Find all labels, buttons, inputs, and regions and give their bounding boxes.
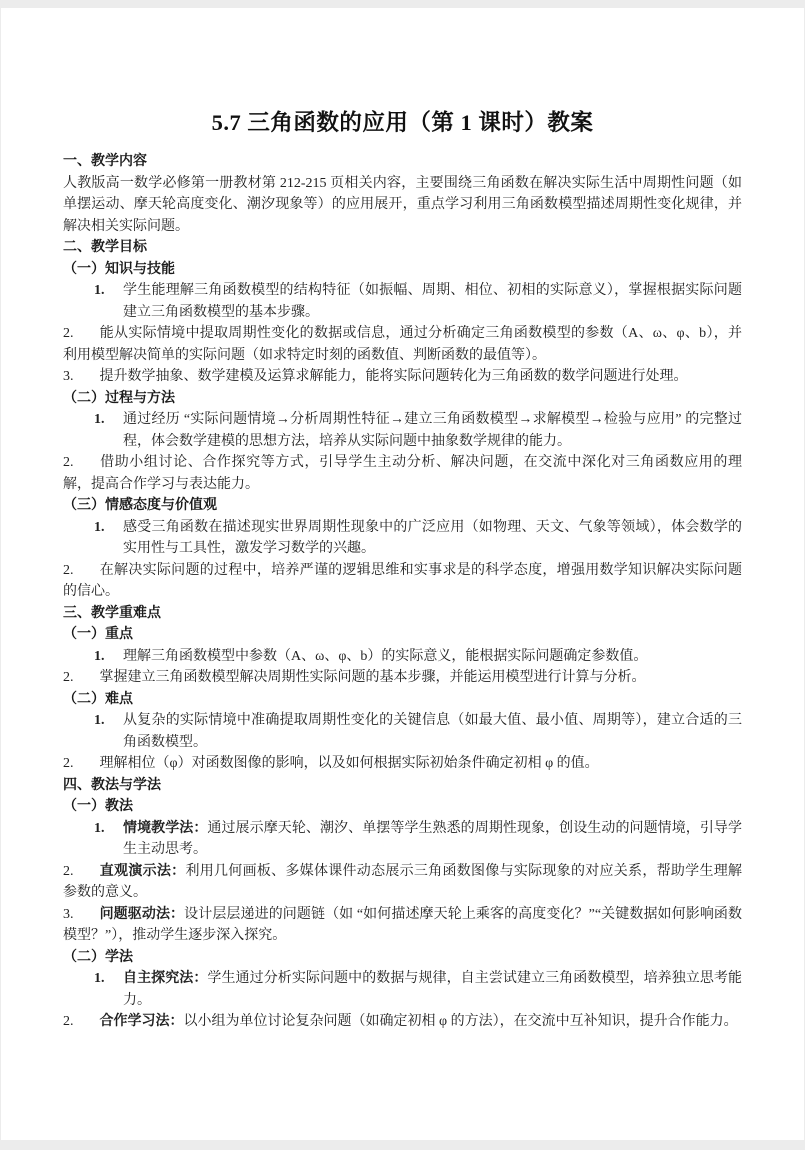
paragraph-text: （二）难点	[63, 692, 133, 707]
paragraph-text: 三、教学重难点	[63, 606, 161, 621]
paragraph-text: 借助小组讨论、合作探究等方式，引导学生主动分析、解决问题，在交流中深化对三角函数…	[63, 455, 742, 492]
paragraph-text: （一）重点	[63, 627, 133, 642]
numbered-item: 1.情境教学法：通过展示摩天轮、潮汐、单摆等学生熟悉的周期性现象，创设生动的问题…	[63, 818, 742, 861]
major-heading: 二、教学目标	[63, 237, 742, 259]
list-number: 2.	[63, 670, 100, 685]
body-paragraph: 人教版高一数学必修第一册教材第 212-215 页相关内容，主要围绕三角函数在解…	[63, 173, 742, 238]
document-content: 5.7 三角函数的应用（第 1 课时）教案 一、教学内容人教版高一数学必修第一册…	[1, 8, 804, 1033]
list-number: 1.	[94, 517, 105, 539]
bold-term: 情境教学法：	[123, 821, 207, 836]
paragraph-text: （二）学法	[63, 950, 133, 965]
numbered-item: 2.能从实际情境中提取周期性变化的数据或信息，通过分析确定三角函数模型的参数（A…	[63, 323, 742, 366]
list-number: 3.	[63, 907, 100, 922]
sub-heading: （三）情感态度与价值观	[63, 495, 742, 517]
paragraph-text: （二）过程与方法	[63, 391, 175, 406]
numbered-item: 2.直观演示法：利用几何画板、多媒体课件动态展示三角函数图像与实际现象的对应关系…	[63, 861, 742, 904]
paragraph-text: 以小组为单位讨论复杂问题（如确定初相 φ 的方法），在交流中互补知识，提升合作能…	[184, 1014, 738, 1029]
numbered-item: 1.感受三角函数在描述现实世界周期性现象中的广泛应用（如物理、天文、气象等领域）…	[63, 517, 742, 560]
numbered-item: 1.理解三角函数模型中参数（A、ω、φ、b）的实际意义，能根据实际问题确定参数值…	[63, 646, 742, 668]
numbered-item: 2.借助小组讨论、合作探究等方式，引导学生主动分析、解决问题，在交流中深化对三角…	[63, 452, 742, 495]
numbered-item: 2.掌握建立三角函数模型解决周期性实际问题的基本步骤，并能运用模型进行计算与分析…	[63, 667, 742, 689]
list-number: 2.	[63, 864, 100, 879]
list-number: 1.	[94, 710, 105, 732]
list-number: 1.	[94, 968, 105, 990]
paragraph-text: 人教版高一数学必修第一册教材第 212-215 页相关内容，主要围绕三角函数在解…	[63, 176, 742, 234]
paragraph-text: 提升数学抽象、数学建模及运算求解能力，能将实际问题转化为三角函数的数学问题进行处…	[100, 369, 688, 384]
paragraph-text: 能从实际情境中提取周期性变化的数据或信息，通过分析确定三角函数模型的参数（A、ω…	[63, 326, 742, 363]
paragraph-text: 学生通过分析实际问题中的数据与规律，自主尝试建立三角函数模型，培养独立思考能力。	[123, 971, 742, 1008]
paragraph-text: 通过展示摩天轮、潮汐、单摆等学生熟悉的周期性现象，创设生动的问题情境，引导学生主…	[123, 821, 742, 858]
list-number: 1.	[94, 646, 105, 668]
list-number: 1.	[94, 280, 105, 302]
bold-term: 合作学习法：	[100, 1014, 184, 1029]
paragraph-text: 理解相位（φ）对函数图像的影响，以及如何根据实际初始条件确定初相 φ 的值。	[100, 756, 599, 771]
paragraph-text: 二、教学目标	[63, 240, 147, 255]
bold-term: 问题驱动法：	[100, 907, 185, 922]
list-number: 2.	[63, 563, 100, 578]
numbered-item: 1.自主探究法：学生通过分析实际问题中的数据与规律，自主尝试建立三角函数模型，培…	[63, 968, 742, 1011]
list-number: 3.	[63, 369, 100, 384]
numbered-item: 2.合作学习法：以小组为单位讨论复杂问题（如确定初相 φ 的方法），在交流中互补…	[63, 1011, 742, 1033]
page-title: 5.7 三角函数的应用（第 1 课时）教案	[63, 108, 742, 138]
numbered-item: 1.通过经历 “实际问题情境→分析周期性特征→建立三角函数模型→求解模型→检验与…	[63, 409, 742, 452]
sub-heading: （一）知识与技能	[63, 259, 742, 281]
paragraph-text: 一、教学内容	[63, 154, 147, 169]
numbered-item: 3.提升数学抽象、数学建模及运算求解能力，能将实际问题转化为三角函数的数学问题进…	[63, 366, 742, 388]
paragraph-text: 四、教法与学法	[63, 778, 161, 793]
paragraph-text: 学生能理解三角函数模型的结构特征（如振幅、周期、相位、初相的实际意义），掌握根据…	[123, 283, 742, 320]
major-heading: 四、教法与学法	[63, 775, 742, 797]
paragraph-text: 理解三角函数模型中参数（A、ω、φ、b）的实际意义，能根据实际问题确定参数值。	[123, 649, 647, 664]
paragraph-text: （三）情感态度与价值观	[63, 498, 217, 513]
major-heading: 一、教学内容	[63, 151, 742, 173]
document-page: 5.7 三角函数的应用（第 1 课时）教案 一、教学内容人教版高一数学必修第一册…	[1, 8, 804, 1140]
sub-heading: （二）难点	[63, 689, 742, 711]
list-number: 2.	[63, 756, 100, 771]
document-body: 一、教学内容人教版高一数学必修第一册教材第 212-215 页相关内容，主要围绕…	[63, 151, 742, 1033]
numbered-item: 1.从复杂的实际情境中准确提取周期性变化的关键信息（如最大值、最小值、周期等），…	[63, 710, 742, 753]
list-number: 1.	[94, 818, 105, 840]
paragraph-text: 从复杂的实际情境中准确提取周期性变化的关键信息（如最大值、最小值、周期等），建立…	[123, 713, 742, 750]
paragraph-text: 掌握建立三角函数模型解决周期性实际问题的基本步骤，并能运用模型进行计算与分析。	[100, 670, 646, 685]
list-number: 2.	[63, 1014, 100, 1029]
sub-heading: （一）教法	[63, 796, 742, 818]
major-heading: 三、教学重难点	[63, 603, 742, 625]
paragraph-text: 在解决实际问题的过程中，培养严谨的逻辑思维和实事求是的科学态度，增强用数学知识解…	[63, 563, 742, 600]
bold-term: 直观演示法：	[100, 864, 186, 879]
paragraph-text: 通过经历 “实际问题情境→分析周期性特征→建立三角函数模型→求解模型→检验与应用…	[123, 412, 742, 449]
bold-term: 自主探究法：	[123, 971, 207, 986]
numbered-item: 2.在解决实际问题的过程中，培养严谨的逻辑思维和实事求是的科学态度，增强用数学知…	[63, 560, 742, 603]
list-number: 2.	[63, 326, 100, 341]
numbered-item: 3.问题驱动法：设计层层递进的问题链（如 “如何描述摩天轮上乘客的高度变化？”“…	[63, 904, 742, 947]
list-number: 1.	[94, 409, 105, 431]
paragraph-text: （一）知识与技能	[63, 262, 175, 277]
sub-heading: （二）学法	[63, 947, 742, 969]
paragraph-text: （一）教法	[63, 799, 133, 814]
list-number: 2.	[63, 455, 100, 470]
paragraph-text: 感受三角函数在描述现实世界周期性现象中的广泛应用（如物理、天文、气象等领域），体…	[123, 520, 742, 557]
numbered-item: 1.学生能理解三角函数模型的结构特征（如振幅、周期、相位、初相的实际意义），掌握…	[63, 280, 742, 323]
numbered-item: 2.理解相位（φ）对函数图像的影响，以及如何根据实际初始条件确定初相 φ 的值。	[63, 753, 742, 775]
sub-heading: （一）重点	[63, 624, 742, 646]
sub-heading: （二）过程与方法	[63, 388, 742, 410]
